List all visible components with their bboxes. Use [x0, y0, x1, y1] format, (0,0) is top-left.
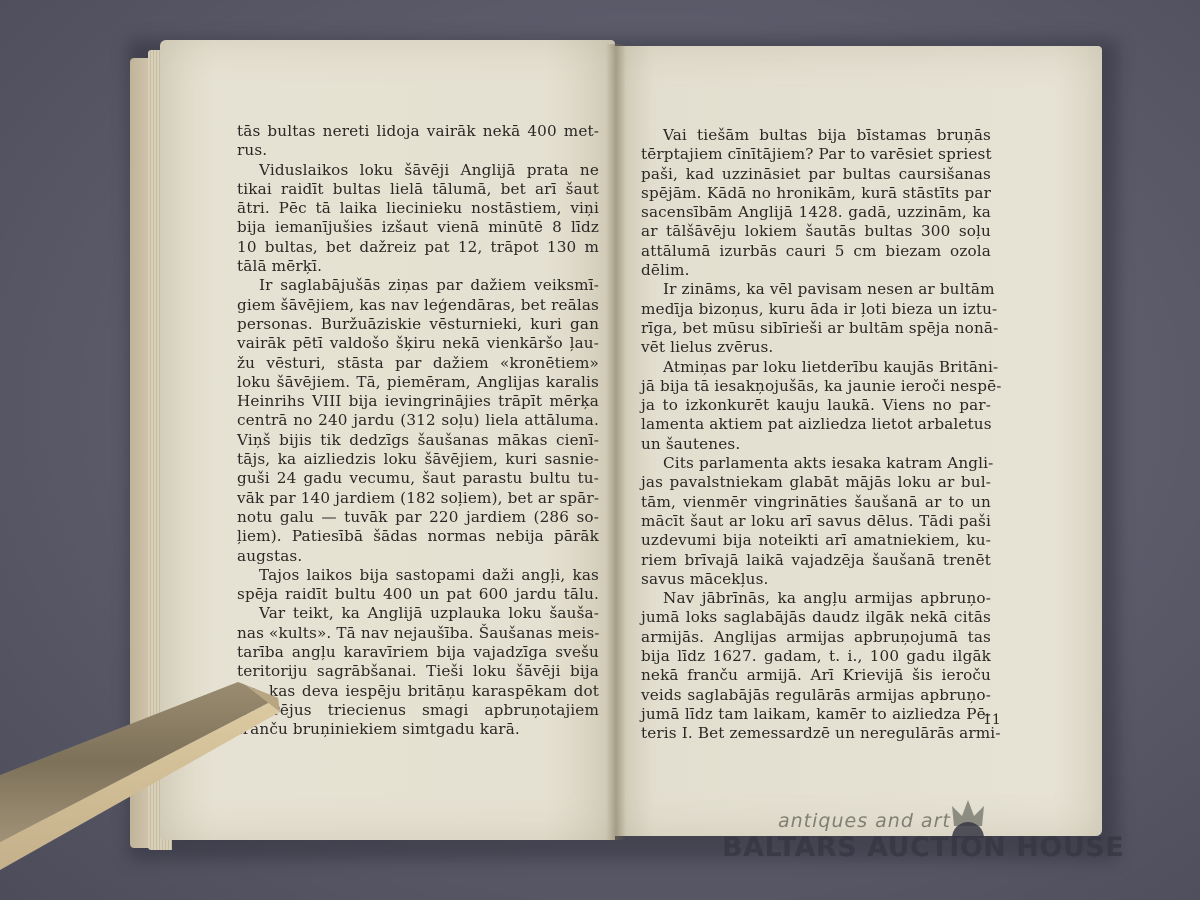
text-line: žu vēsturi, stāsta par dažiem «kronētiem… [237, 354, 599, 373]
text-line: jā bija tā iesakņojušās, ka jaunie ieroč… [641, 377, 991, 396]
text-line: teritoriju sagrābšanai. Tieši loku šāvēj… [237, 662, 599, 681]
text-line: Viduslaikos loku šāvēji Anglijā prata ne [237, 161, 599, 180]
page-number: 11 [983, 712, 1001, 728]
text-line: Ir zināms, ka vēl pavisam nesen ar bultā… [641, 280, 991, 299]
text-line: tām, vienmēr vingrināties šaušanā ar to … [641, 493, 991, 512]
text-line: Atmiņas par loku lietderību kaujās Britā… [641, 358, 991, 377]
text-line: bija iemanījušies izšaut vienā minūtē 8 … [237, 218, 599, 237]
left-page-text: tās bultas nereti lidoja vairāk nekā 400… [237, 122, 599, 740]
text-line: dēlim. [641, 261, 991, 280]
text-line: 10 bultas, bet dažreiz pat 12, trāpot 13… [237, 238, 599, 257]
text-line: tarība angļu karavīriem bija vajadzīga s… [237, 643, 599, 662]
text-line: rus. [237, 141, 599, 160]
text-line: veids saglabājās regulārās armijas apbru… [641, 686, 991, 705]
watermark-tagline: antiques and art [778, 810, 951, 832]
text-line: guši 24 gadu vecumu, šaut parastu bultu … [237, 469, 599, 488]
text-line: savus mācekļus. [641, 570, 991, 589]
text-line: Var teikt, ka Anglijā uzplauka loku šauš… [237, 604, 599, 623]
text-line: ar tālšāvēju lokiem šautās bultas 300 so… [641, 222, 991, 241]
text-line: ļiem). Patiesībā šādas normas nebija pār… [237, 527, 599, 546]
text-line: tikai raidīt bultas lielā tālumā, bet ar… [237, 180, 599, 199]
text-line: jas pavalstniekam glabāt mājās loku ar b… [641, 473, 991, 492]
text-line: tie, kas deva iespēju britāņu karaspēkam… [237, 682, 599, 701]
text-line: giem šāvējiem, kas nav leģendāras, bet r… [237, 296, 599, 315]
text-line: tājs, ka aizliedzis loku šāvējiem, kuri … [237, 450, 599, 469]
watermark: antiques and art BALTARS AUCTION HOUSE [722, 806, 1122, 866]
text-line: rīga, bet mūsu sibīrieši ar bultām spēja… [641, 319, 991, 338]
text-line: vāk par 140 jardiem (182 soļiem), bet ar… [237, 489, 599, 508]
text-line: Tajos laikos bija sastopami daži angļi, … [237, 566, 599, 585]
text-line: ātri. Pēc tā laika liecinieku nostāstiem… [237, 199, 599, 218]
book-gutter [606, 44, 626, 840]
text-line: centrā no 240 jardu (312 soļu) liela att… [237, 411, 599, 430]
text-line: medīja bizoņus, kuru āda ir ļoti bieza u… [641, 300, 991, 319]
text-line: loku šāvējiem. Tā, piemēram, Anglijas ka… [237, 373, 599, 392]
text-line: Vai tiešām bultas bija bīstamas bruņās [641, 126, 991, 145]
text-line: riem brīvajā laikā vajadzēja šaušanā tre… [641, 551, 991, 570]
text-line: paši, kad uzzināsiet par bultas caursiša… [641, 165, 991, 184]
text-line: vēt lielus zvērus. [641, 338, 991, 357]
text-line: Viņš bijis tik dedzīgs šaušanas mākas ci… [237, 431, 599, 450]
text-line: vairāk pētī valdošo šķiru nekā vienkāršo… [237, 334, 599, 353]
text-line: tālā mērķī. [237, 257, 599, 276]
text-line: tērptajiem cīnītājiem? Par to varēsiet s… [641, 145, 991, 164]
text-line: franču bruņiniekiem simtgadu karā. [237, 720, 599, 739]
text-line: Nav jābrīnās, ka angļu armijas apbruņo- [641, 589, 991, 608]
text-line: attālumā izurbās cauri 5 cm biezam ozola [641, 242, 991, 261]
text-line: spēja raidīt bultu 400 un pat 600 jardu … [237, 585, 599, 604]
watermark-brand: BALTARS AUCTION HOUSE [722, 832, 1124, 863]
text-line: un šautenes. [641, 435, 991, 454]
text-line: augstas. [237, 547, 599, 566]
text-line: jumā loks saglabājās daudz ilgāk nekā ci… [641, 608, 991, 627]
text-line: armijās. Anglijas armijas apbruņojumā ta… [641, 628, 991, 647]
text-line: mācīt šaut ar loku arī savus dēlus. Tādi… [641, 512, 991, 531]
text-line: notu galu — tuvāk par 220 jardiem (286 s… [237, 508, 599, 527]
text-line: sacensībām Anglijā 1428. gadā, uzzinām, … [641, 203, 991, 222]
text-line: tās bultas nereti lidoja vairāk nekā 400… [237, 122, 599, 141]
text-line: Heinrihs VIII bija ievingrinājies trāpīt… [237, 392, 599, 411]
text-line: uzdevumi bija noteikti arī amatniekiem, … [641, 531, 991, 550]
text-line: ja to izkonkurēt kauju laukā. Viens no p… [641, 396, 991, 415]
text-line: bija līdz 1627. gadam, t. i., 100 gadu i… [641, 647, 991, 666]
text-line: teris I. Bet zemessardzē un neregulārās … [641, 724, 991, 743]
text-line: personas. Buržuāziskie vēsturnieki, kuri… [237, 315, 599, 334]
text-line: nekā franču armijā. Arī Krievijā šis ier… [641, 666, 991, 685]
text-line: Ir saglabājušās ziņas par dažiem veiksmī… [237, 276, 599, 295]
text-line: izšķirējus triecienus smagi apbruņotajie… [237, 701, 599, 720]
text-line: nas «kults». Tā nav nejaušība. Šaušanas … [237, 624, 599, 643]
right-page-text: Vai tiešām bultas bija bīstamas bruņās t… [641, 126, 991, 744]
text-line: spējām. Kādā no hronikām, kurā stāstīts … [641, 184, 991, 203]
text-line: lamenta aktiem pat aizliedza lietot arba… [641, 415, 991, 434]
text-line: Cits parlamenta akts iesaka katram Angli… [641, 454, 991, 473]
text-line: jumā līdz tam laikam, kamēr to aizliedza… [641, 705, 991, 724]
